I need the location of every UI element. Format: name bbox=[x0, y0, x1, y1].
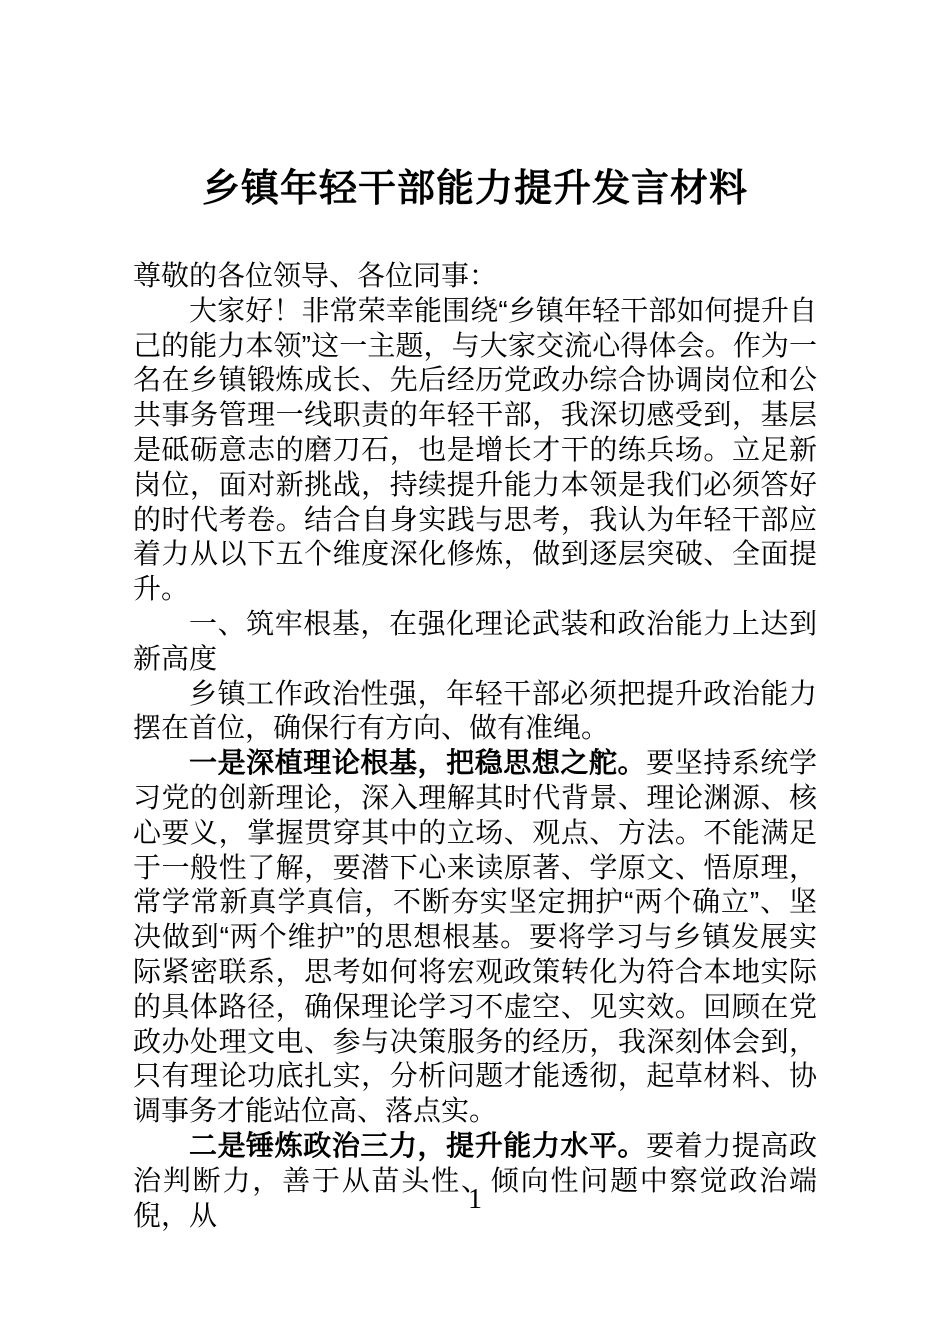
point-1-bold-lead: 一是深植理论根基，把稳思想之舵。 bbox=[189, 747, 646, 778]
paragraph-intro: 大家好！非常荣幸能围绕“乡镇年轻干部如何提升自己的能力本领”这一主题，与大家交流… bbox=[133, 294, 817, 607]
section-heading-1: 一、筑牢根基，在强化理论武装和政治能力上达到新高度 bbox=[133, 607, 817, 677]
paragraph-point-1: 一是深植理论根基，把稳思想之舵。要坚持系统学习党的创新理论，深入理解其时代背景、… bbox=[133, 746, 817, 1129]
document-title: 乡镇年轻干部能力提升发言材料 bbox=[0, 166, 950, 212]
point-2-bold-lead: 二是锤炼政治三力，提升能力水平。 bbox=[189, 1130, 646, 1161]
page-number: 1 bbox=[0, 1184, 950, 1216]
paragraph-point-2: 二是锤炼政治三力，提升能力水平。要着力提高政治判断力，善于从苗头性、倾向性问题中… bbox=[133, 1129, 817, 1233]
salutation: 尊敬的各位领导、各位同事： bbox=[133, 259, 817, 294]
point-1-text: 要坚持系统学习党的创新理论，深入理解其时代背景、理论渊源、核心要义，掌握贯穿其中… bbox=[133, 747, 817, 1126]
document-page: 乡镇年轻干部能力提升发言材料 尊敬的各位领导、各位同事： 大家好！非常荣幸能围绕… bbox=[0, 0, 950, 1344]
document-body: 尊敬的各位领导、各位同事： 大家好！非常荣幸能围绕“乡镇年轻干部如何提升自己的能… bbox=[133, 259, 817, 1233]
paragraph-section-lede: 乡镇工作政治性强，年轻干部必须把提升政治能力摆在首位，确保行有方向、做有准绳。 bbox=[133, 677, 817, 747]
